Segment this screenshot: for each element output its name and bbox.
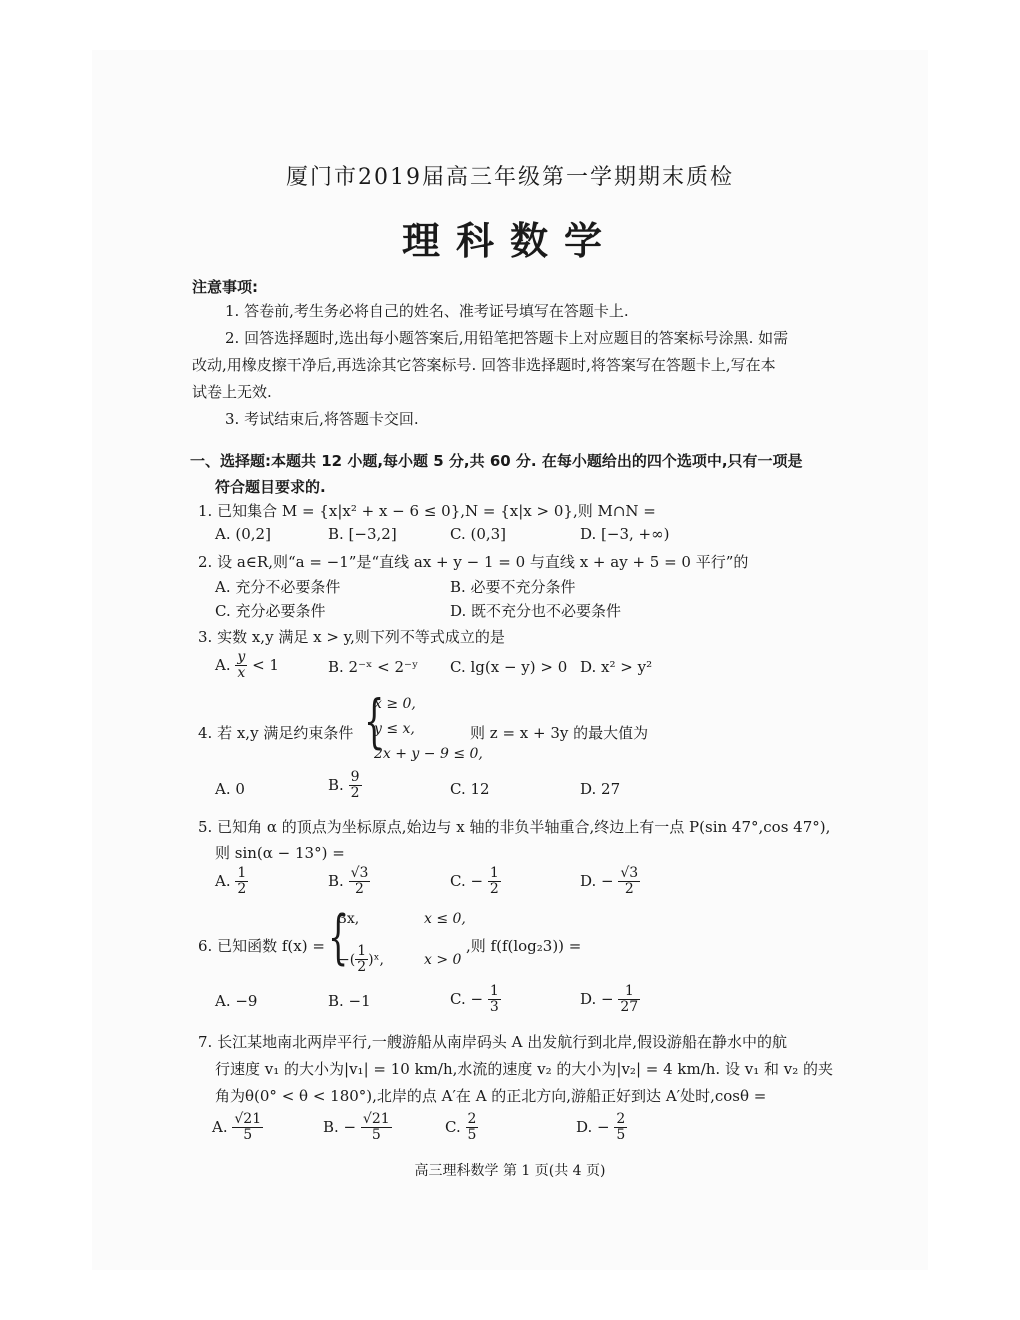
q3-option-a: A. yx < 1 [215,650,279,682]
q1-option-c: C. (0,3] [450,525,506,543]
q4-option-d: D. 27 [580,780,620,798]
constraint-3: 2x + y − 9 ≤ 0, [374,746,483,762]
q1-option-b: B. [−3,2] [328,525,397,543]
note-item-2-cont: 改动,用橡皮擦干净后,再选涂其它答案标号. 回答非选择题时,将答案写在答题卡上,… [192,354,776,375]
q5-option-b: B. √32 [328,866,370,898]
q1-option-a: A. (0,2] [215,525,271,543]
page-footer: 高三理科数学 第 1 页(共 4 页) [0,1160,1020,1180]
q5-option-c: C. − 12 [450,866,501,898]
question-5-stem: 5. 已知角 α 的顶点为坐标原点,始边与 x 轴的非负半轴重合,终边上有一点 … [198,816,830,837]
q6-option-c: C. − 13 [450,984,501,1016]
question-7-stem-line2: 行速度 v₁ 的大小为|v₁| = 10 km/h,水流的速度 v₂ 的大小为|… [215,1058,833,1079]
q2-option-a: A. 充分不必要条件 [215,576,340,597]
constraint-1: x ≥ 0, [374,696,416,712]
q3-option-c: C. lg(x − y) > 0 [450,658,567,676]
section-heading-cont: 符合题目要求的. [215,476,326,497]
q4-option-b: B. 92 [328,770,362,802]
piece-1-expr: 3x, [338,911,359,927]
q3-option-d: D. x² > y² [580,658,652,676]
q6-option-a: A. −9 [215,992,257,1010]
q1-option-d: D. [−3, +∞) [580,525,669,543]
q2-option-d: D. 既不充分也不必要条件 [450,600,621,621]
note-item-2: 2. 回答选择题时,选出每小题答案后,用铅笔把答题卡上对应题目的答案标号涂黑. … [225,327,788,348]
subject-title: 理科数学 [0,210,1020,265]
question-6-stem-suffix: ,则 f(f(log₂3)) = [466,935,581,956]
question-7-stem-line3: 角为θ(0° < θ < 180°),北岸的点 A′在 A 的正北方向,游船正好… [215,1085,766,1106]
question-7-stem: 7. 长江某地南北两岸平行,一艘游船从南岸码头 A 出发航行到北岸,假设游船在静… [198,1031,787,1052]
question-6-stem: 6. 已知函数 f(x) = [198,935,325,956]
constraint-2: y ≤ x, [374,721,415,737]
q6-option-d: D. − 127 [580,984,640,1016]
q2-option-c: C. 充分必要条件 [215,600,325,621]
question-3-stem: 3. 实数 x,y 满足 x > y,则下列不等式成立的是 [198,626,505,647]
q7-option-b: B. − √215 [323,1112,392,1144]
q7-option-d: D. − 25 [576,1112,627,1144]
q4-option-a: A. 0 [215,780,245,798]
q7-option-a: A. √215 [212,1112,263,1144]
note-item-3: 3. 考试结束后,将答题卡交回. [225,408,419,429]
fraction: 92 [349,770,362,802]
piece-2-cond: x > 0 [424,952,461,968]
section-heading: 一、选择题:本题共 12 小题,每小题 5 分,共 60 分. 在每小题给出的四… [190,450,803,471]
question-4-stem: 4. 若 x,y 满足约束条件 [198,722,353,743]
q3-option-b: B. 2⁻ˣ < 2⁻ʸ [328,658,418,676]
piece-1-cond: x ≤ 0, [424,911,466,927]
piece-2-expr: −(12)ˣ, [338,944,384,976]
note-item-1: 1. 答卷前,考生务必将自己的姓名、准考证号填写在答题卡上. [225,300,629,321]
exam-title: 厦门市2019届高三年级第一学期期末质检 [0,160,1020,191]
q2-option-b: B. 必要不充分条件 [450,576,576,597]
note-item-2-cont2: 试卷上无效. [192,381,272,402]
q5-option-d: D. − √32 [580,866,640,898]
question-2-stem: 2. 设 a∈R,则“a = −1”是“直线 ax + y − 1 = 0 与直… [198,551,748,572]
question-4-stem-suffix: 则 z = x + 3y 的最大值为 [470,722,648,743]
q6-option-b: B. −1 [328,992,371,1010]
q5-option-a: A. 12 [215,866,248,898]
q7-option-c: C. 25 [445,1112,478,1144]
fraction: yx [235,650,247,682]
question-1-stem: 1. 已知集合 M = {x|x² + x − 6 ≤ 0},N = {x|x … [198,500,656,521]
question-5-stem-cont: 则 sin(α − 13°) = [215,842,345,863]
notes-heading: 注意事项: [192,276,258,297]
q4-option-c: C. 12 [450,780,490,798]
